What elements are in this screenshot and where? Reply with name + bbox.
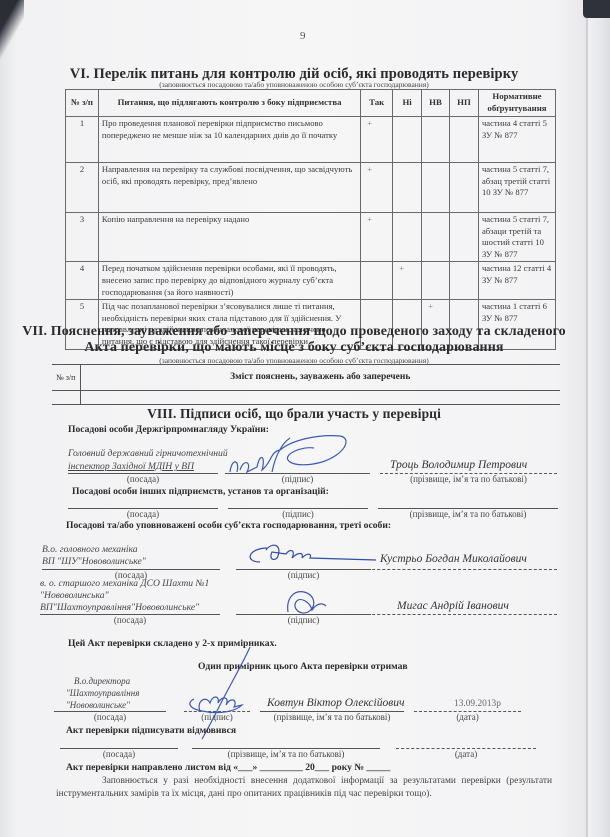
scan-background bbox=[583, 0, 610, 18]
person1-name: Кустрьо Богдан Миколайович bbox=[380, 553, 527, 565]
receiver-name: Ковтун Віктор Олексійович bbox=[267, 697, 404, 709]
table-row: 3Копію направлення на перевірку надано+ч… bbox=[66, 213, 556, 262]
row-nv bbox=[422, 213, 450, 262]
col-question: Питання, що підлягають контролю з боку п… bbox=[98, 90, 360, 117]
caption-position: (посада) bbox=[40, 615, 220, 625]
caption-position: (посада) bbox=[68, 509, 218, 519]
inspector-position-line1: Головний державний гірничотехнічний bbox=[68, 448, 228, 459]
inspector-position-line2: інспектор Західної МДІН у ВП bbox=[68, 461, 194, 472]
row-yes: + bbox=[361, 163, 393, 213]
table-row: 1Про проведення планової перевірки підпр… bbox=[66, 117, 556, 163]
caption-position: (посада) bbox=[68, 474, 218, 484]
row-num: 2 bbox=[66, 163, 99, 213]
receiver-position-line3: "Нововолинське" bbox=[66, 700, 130, 710]
row-basis: частина 12 статті 4 ЗУ № 877 bbox=[478, 262, 555, 300]
person2-name: Мигас Андрій Іванович bbox=[397, 600, 509, 612]
entity-officials-label: Посадові та/або уповноважені особи суб’є… bbox=[66, 520, 391, 531]
row-no bbox=[393, 213, 422, 262]
footer-paragraph: Заповнюється у разі необхідності внесенн… bbox=[56, 775, 552, 800]
row-num: 4 bbox=[66, 262, 99, 300]
caption-date: (дата) bbox=[414, 712, 521, 722]
section8-title: VIII. Підписи осіб, що брали участь у пе… bbox=[0, 406, 588, 422]
person1-position-line1: В.о. головного механіка bbox=[42, 544, 138, 555]
inspector-signature bbox=[222, 432, 362, 487]
col-yes: Так bbox=[361, 90, 393, 117]
row-basis: частина 4 статті 5 ЗУ № 877 bbox=[478, 117, 555, 163]
row-yes: + bbox=[361, 213, 393, 262]
table-header-row: № з/п Питання, що підлягають контролю з … bbox=[66, 90, 556, 117]
caption-name: (прізвище, ім’я та по батькові) bbox=[260, 712, 404, 722]
person2-position-line2: "Нововолинська" bbox=[40, 590, 109, 601]
other-orgs-label: Посадові особи інших підприємств, устано… bbox=[72, 486, 329, 497]
row-np bbox=[450, 163, 479, 213]
row-question: Копію направлення на перевірку надано bbox=[98, 213, 360, 262]
col-num: № з/п bbox=[66, 90, 99, 117]
row-np bbox=[450, 117, 479, 163]
caption-name: (прізвище, ім’я та по батькові) bbox=[380, 474, 557, 484]
row-nv bbox=[422, 262, 450, 300]
inspection-checklist-table: № з/п Питання, що підлягають контролю з … bbox=[65, 89, 556, 350]
row-no bbox=[393, 163, 422, 213]
col-num: № з/п bbox=[52, 365, 80, 391]
section7-title-line2: Акта перевірки, що мають місце з боку су… bbox=[0, 340, 588, 356]
table-row: 4Перед початком здійснення перевірки осо… bbox=[66, 262, 556, 300]
refused-label: Акт перевірки підписувати відмовився bbox=[66, 725, 236, 736]
scan-shadow bbox=[0, 0, 24, 60]
row-question: Про проведення планової перевірки підпри… bbox=[98, 117, 360, 163]
person2-position-line3: ВП"Шахтоуправління"Нововолинське" bbox=[40, 602, 199, 613]
person2-signature bbox=[282, 588, 332, 623]
row-np bbox=[450, 262, 479, 300]
row-no: + bbox=[393, 262, 422, 300]
row-nv bbox=[422, 117, 450, 163]
receiver-position-line2: "Шахтоуправління bbox=[66, 688, 139, 698]
receiver-position-line1: В.о.директора bbox=[74, 676, 130, 686]
row-yes: + bbox=[361, 117, 393, 163]
row-np bbox=[450, 213, 479, 262]
row-nv bbox=[422, 163, 450, 213]
receive-date: 13.09.2013р bbox=[454, 699, 501, 709]
table-row-empty bbox=[52, 391, 560, 405]
person1-signature bbox=[238, 540, 378, 575]
row-question: Направлення на перевірку та службові пос… bbox=[98, 163, 360, 213]
caption-name: (прізвище, ім’я та по батькові) bbox=[378, 509, 558, 519]
caption-name: (прізвище, ім’я та по батькові) bbox=[192, 749, 380, 759]
person1-position-line2: ВП "ШУ"Нововолинське" bbox=[42, 556, 146, 567]
col-np: НП bbox=[450, 90, 479, 117]
sent-label: Акт перевірки направлено листом від «___… bbox=[66, 762, 390, 773]
section6-note: (заповнюється посадовою та/або уповноваж… bbox=[0, 80, 588, 89]
caption-date: (дата) bbox=[396, 749, 536, 759]
row-no bbox=[393, 117, 422, 163]
page-number: 9 bbox=[300, 30, 306, 42]
table-row: 2Направлення на перевірку та службові по… bbox=[66, 163, 556, 213]
section7-title-line1: VII. Пояснення, зауваження або заперечен… bbox=[0, 324, 588, 340]
col-nv: НВ bbox=[422, 90, 450, 117]
col-no: Ні bbox=[393, 90, 422, 117]
inspector-name: Троць Володимир Петрович bbox=[390, 459, 527, 471]
caption-signature: (підпис) bbox=[228, 509, 368, 519]
person2-position-line1: в. о. старшого механіка ДСО Шахти №1 bbox=[40, 578, 209, 589]
row-num: 1 bbox=[66, 117, 99, 163]
row-basis: частина 5 статті 7, абзац третій статті … bbox=[478, 163, 555, 213]
col-basis: Нормативне обґрунтування bbox=[478, 90, 555, 117]
caption-position: (посада) bbox=[60, 749, 178, 759]
table-header-row: № з/п Зміст пояснень, зауважень або запе… bbox=[52, 365, 560, 391]
col-content: Зміст пояснень, зауважень або заперечень bbox=[80, 365, 560, 391]
row-num: 3 bbox=[66, 213, 99, 262]
caption-position: (посада) bbox=[54, 712, 166, 722]
objections-table: № з/п Зміст пояснень, зауважень або запе… bbox=[52, 364, 560, 405]
page-edge bbox=[588, 0, 610, 837]
row-basis: частина 5 статті 7, абзаци третій та шос… bbox=[478, 213, 555, 262]
row-question: Перед початком здійснення перевірки особ… bbox=[98, 262, 360, 300]
row-yes bbox=[361, 262, 393, 300]
